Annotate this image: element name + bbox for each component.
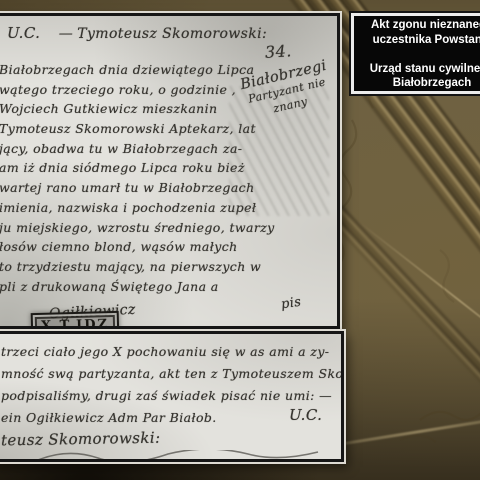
archive-stamp-text: X.T.IDZ (41, 317, 109, 329)
signature-flourish-text: pis (280, 295, 302, 313)
ink-bleedthrough (229, 86, 329, 216)
continuation-uc-mark: U.C. (289, 406, 322, 424)
caption-plate: Akt zgonu nieznanegouczestnika Powstania… (351, 13, 480, 94)
continuation-signature: teusz Skomorowski: (1, 429, 161, 450)
death-record-scan-continuation: trzeci ciało jego X pochowaniu się w as … (0, 331, 344, 462)
caption-line: Urząd stanu cywilnego (354, 62, 480, 77)
record-header-uc: U.C. (7, 24, 40, 42)
cutoff-line-flourish (33, 450, 333, 462)
caption-line: Białobrzegach (354, 76, 480, 91)
death-record-scan: U.C. — Tymoteusz Skomorowski: 34. Białob… (0, 13, 340, 329)
record-body-line: łosów ciemno blond, wąsów małych (0, 239, 275, 259)
continuation-line: trzeci ciało jego X pochowaniu się w as … (1, 344, 344, 366)
record-body-line: ju miejskiego, wzrostu średniego, twarzy (0, 220, 275, 240)
act-number: 34. (264, 41, 292, 62)
record-body-line: pli z drukowaną Świętego Jana a (0, 279, 275, 299)
record-header-dash: — (59, 26, 73, 42)
record-body-line: to trzydziestu mający, na pierwszych w (0, 259, 275, 279)
continuation-line: mność swą partyzanta, akt ten z Tymoteus… (1, 366, 344, 388)
caption-line (354, 47, 480, 62)
caption-line: Akt zgonu nieznanego (354, 18, 480, 33)
record-header: U.C. — Tymoteusz Skomorowski: (0, 16, 337, 42)
record-header-name: Tymoteusz Skomorowski: (77, 26, 267, 42)
record-body-line: Białobrzegach dnia dziewiątego Lipca (0, 62, 275, 82)
photo-collage: U.C. — Tymoteusz Skomorowski: 34. Białob… (0, 0, 480, 480)
caption-line: uczestnika Powstania (354, 33, 480, 48)
archive-stamp: X.T.IDZ (31, 311, 120, 329)
